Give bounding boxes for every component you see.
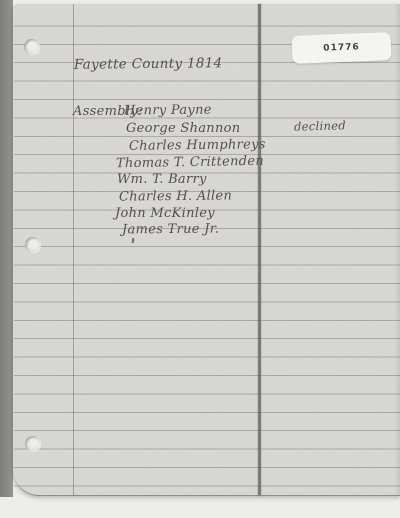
ruled-lines <box>14 8 400 490</box>
catalog-sticker: 01776 <box>291 32 391 64</box>
member-name: Charles Humphreys <box>129 137 266 154</box>
column-divider-line <box>258 4 261 495</box>
catalog-number: 01776 <box>323 42 360 53</box>
left-margin-line <box>73 4 74 495</box>
member-name: James True Jr. <box>122 222 219 238</box>
scanner-edge-shadow <box>0 0 13 497</box>
paper-sheet: 01776 Fayette County 1814 Assembly: Henr… <box>13 4 400 496</box>
member-name: Wm. T. Barry <box>117 172 207 187</box>
member-name: Henry Payne <box>124 103 212 119</box>
member-name: George Shannon <box>126 121 240 136</box>
punch-hole-middle <box>25 237 40 252</box>
member-name: Charles H. Allen <box>119 188 232 204</box>
county-heading: Fayette County 1814 <box>74 55 223 73</box>
punch-hole-top <box>24 39 39 54</box>
member-name: John McKinley <box>115 206 215 221</box>
declined-note: declined <box>294 118 346 133</box>
punch-hole-bottom <box>25 436 40 451</box>
member-name: Thomas T. Crittenden <box>116 154 264 172</box>
scanned-document-page: 01776 Fayette County 1814 Assembly: Henr… <box>0 0 400 518</box>
